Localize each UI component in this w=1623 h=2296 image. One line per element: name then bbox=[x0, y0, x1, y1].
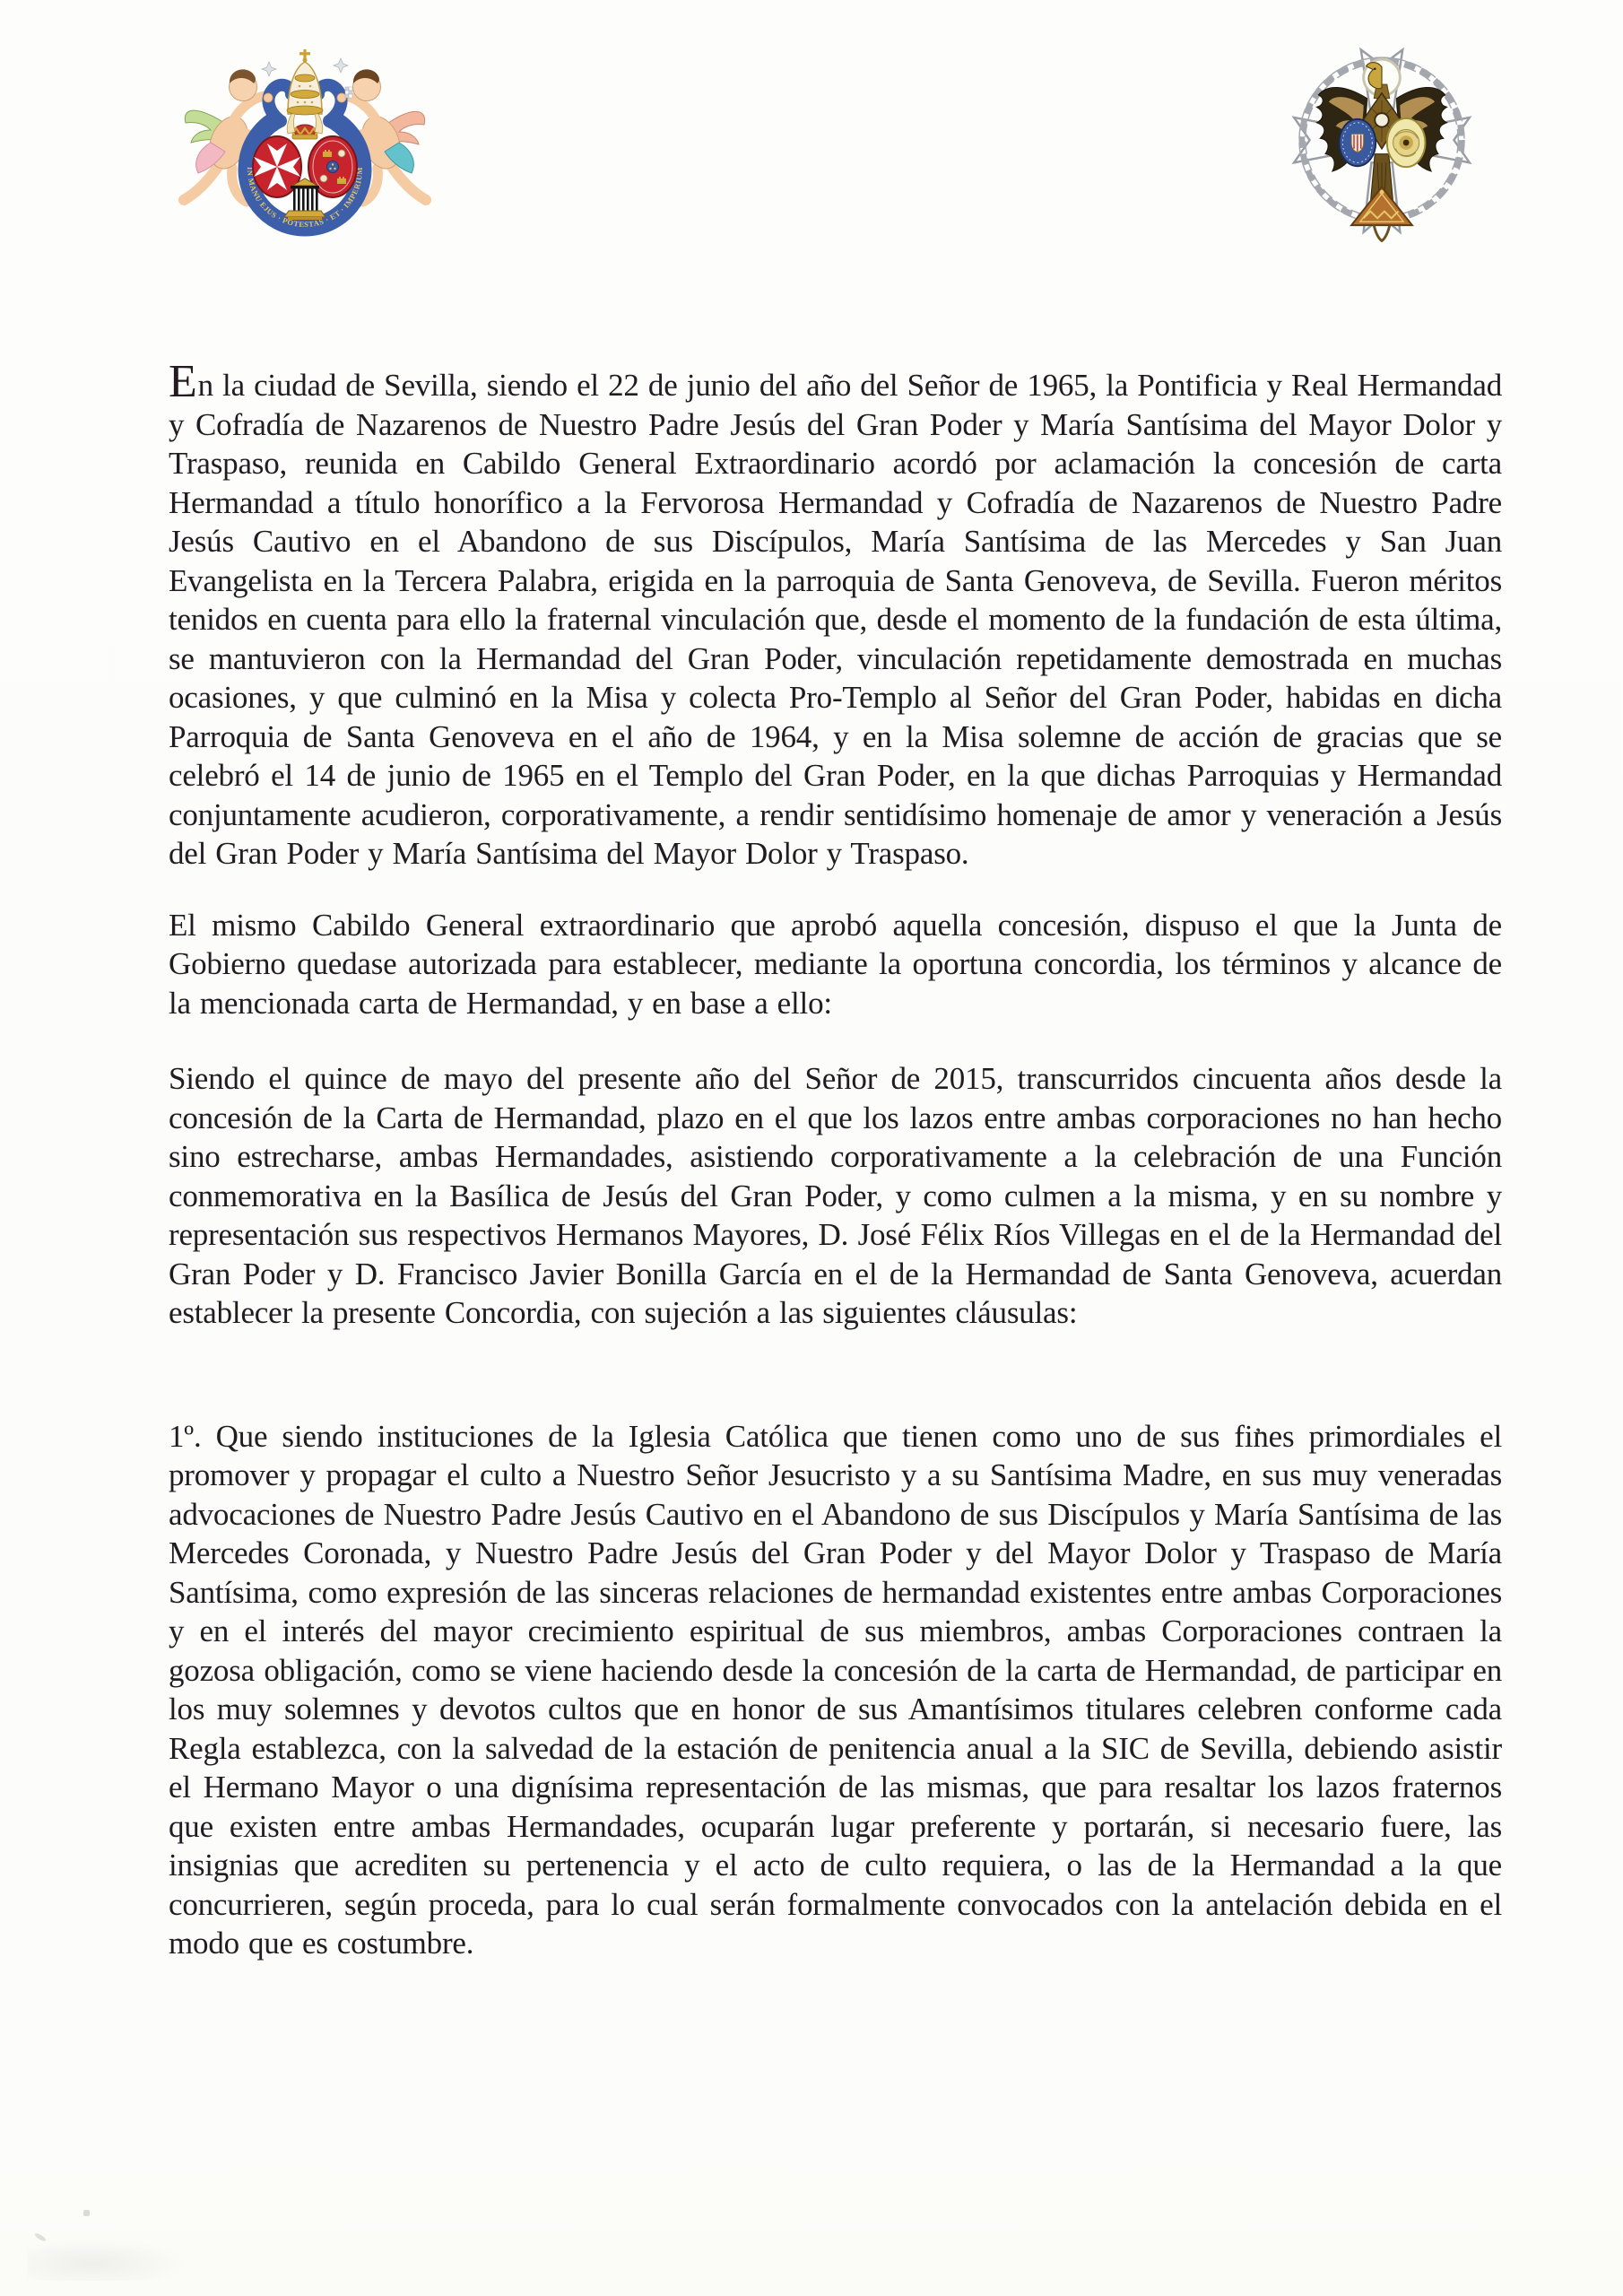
paragraph-1: En la ciudad de Sevilla, siendo el 22 de… bbox=[169, 366, 1502, 874]
santa-genoveva-crest-icon bbox=[1284, 32, 1480, 257]
paragraph-4: 1º. Que siendo instituciones de la Igles… bbox=[169, 1417, 1502, 1963]
paragraph-2: El mismo Cabildo General extraordinario … bbox=[169, 906, 1502, 1023]
paragraph-3: Siendo el quince de mayo del presente añ… bbox=[169, 1059, 1502, 1333]
rose-oval-shield bbox=[1387, 118, 1426, 167]
triangle-base bbox=[1351, 187, 1412, 240]
scan-smudge bbox=[27, 2238, 188, 2281]
silver-star-left bbox=[262, 62, 276, 76]
scan-artifact-mark: ’ bbox=[1254, 1422, 1263, 1453]
gran-poder-crest-icon: IN MANU EJUS · POTESTAS · ET · IMPERIUM bbox=[175, 41, 448, 249]
silver-star-right bbox=[334, 58, 348, 73]
checkered-key-head bbox=[345, 87, 352, 98]
royal-crown-icon bbox=[292, 125, 317, 139]
scanned-document-page: IN MANU EJUS · POTESTAS · ET · IMPERIUM bbox=[0, 0, 1623, 2296]
scan-speck bbox=[83, 2210, 90, 2216]
blue-oval-shield bbox=[1340, 119, 1376, 166]
paragraph-1-text: n la ciudad de Sevilla, siendo el 22 de … bbox=[169, 368, 1502, 871]
document-body: En la ciudad de Sevilla, siendo el 22 de… bbox=[169, 366, 1502, 1963]
drop-cap-letter: E bbox=[169, 356, 197, 407]
